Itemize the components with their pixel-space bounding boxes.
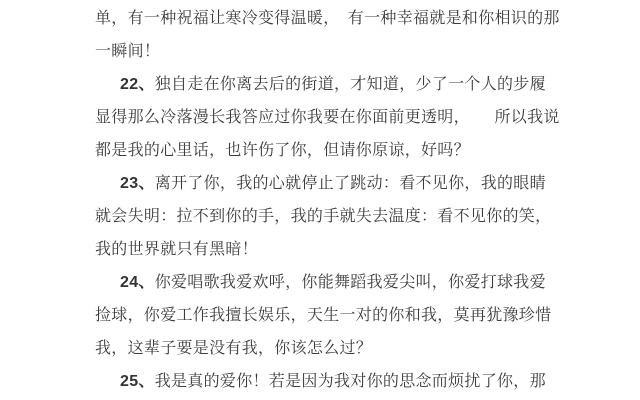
text-line: 22、独自走在你离去后的街道，才知道，少了一个人的步履 xyxy=(95,67,561,100)
list-item-number: 24、 xyxy=(120,274,155,291)
text-line: 就会失明：拉不到你的手，我的手就失去温度：看不见你的笑， xyxy=(95,199,561,232)
line-text: 我的世界就只有黑暗！ xyxy=(95,239,258,258)
line-text: 都是我的心里话，也许伤了你，但请你原谅，好吗？ xyxy=(95,140,470,159)
text-line: 一瞬间！ xyxy=(95,34,561,67)
line-text: 我，这辈子要是没有我，你该怎么过？ xyxy=(95,338,372,357)
text-line: 24、你爱唱歌我爱欢呼，你能舞蹈我爱尖叫，你爱打球我爱 xyxy=(95,265,561,298)
line-text: 捡球，你爱工作我擅长娱乐，天生一对的你和我，莫再犹豫珍惜 xyxy=(95,305,551,324)
text-line: 显得那么冷落漫长我答应过你我要在你面前更透明， 所以我说的 xyxy=(95,100,561,133)
document-page: 单，有一种祝福让寒冷变得温暖， 有一种幸福就是和你相识的那 一瞬间！ 22、独自… xyxy=(0,0,640,400)
text-line: 我，这辈子要是没有我，你该怎么过？ xyxy=(95,331,561,364)
line-text: 独自走在你离去后的街道，才知道，少了一个人的步履 xyxy=(155,74,546,93)
text-line: 我的世界就只有黑暗！ xyxy=(95,232,561,265)
line-text: 就会失明：拉不到你的手，我的手就失去温度：看不见你的笑， xyxy=(95,206,551,225)
line-text: 我是真的爱你！若是因为我对你的思念而烦扰了你，那 xyxy=(155,371,546,390)
text-line: 23、离开了你，我的心就停止了跳动：看不见你，我的眼睛 xyxy=(95,166,561,199)
list-item-number: 25、 xyxy=(120,373,155,390)
text-line: 单，有一种祝福让寒冷变得温暖， 有一种幸福就是和你相识的那 xyxy=(95,1,561,34)
list-item-number: 23、 xyxy=(120,175,155,192)
document-text-block: 单，有一种祝福让寒冷变得温暖， 有一种幸福就是和你相识的那 一瞬间！ 22、独自… xyxy=(95,1,561,397)
text-line: 都是我的心里话，也许伤了你，但请你原谅，好吗？ xyxy=(95,133,561,166)
line-text: 你爱唱歌我爱欢呼，你能舞蹈我爱尖叫，你爱打球我爱 xyxy=(155,272,546,291)
text-line: 捡球，你爱工作我擅长娱乐，天生一对的你和我，莫再犹豫珍惜 xyxy=(95,298,561,331)
line-text: 显得那么冷落漫长我答应过你我要在你面前更透明， 所以我说的 xyxy=(95,107,561,126)
text-line: 25、我是真的爱你！若是因为我对你的思念而烦扰了你，那 xyxy=(95,364,561,397)
line-text: 一瞬间！ xyxy=(95,41,160,60)
line-text: 单，有一种祝福让寒冷变得温暖， 有一种幸福就是和你相识的那 xyxy=(95,8,560,27)
line-text: 离开了你，我的心就停止了跳动：看不见你，我的眼睛 xyxy=(155,173,546,192)
list-item-number: 22、 xyxy=(120,76,155,93)
